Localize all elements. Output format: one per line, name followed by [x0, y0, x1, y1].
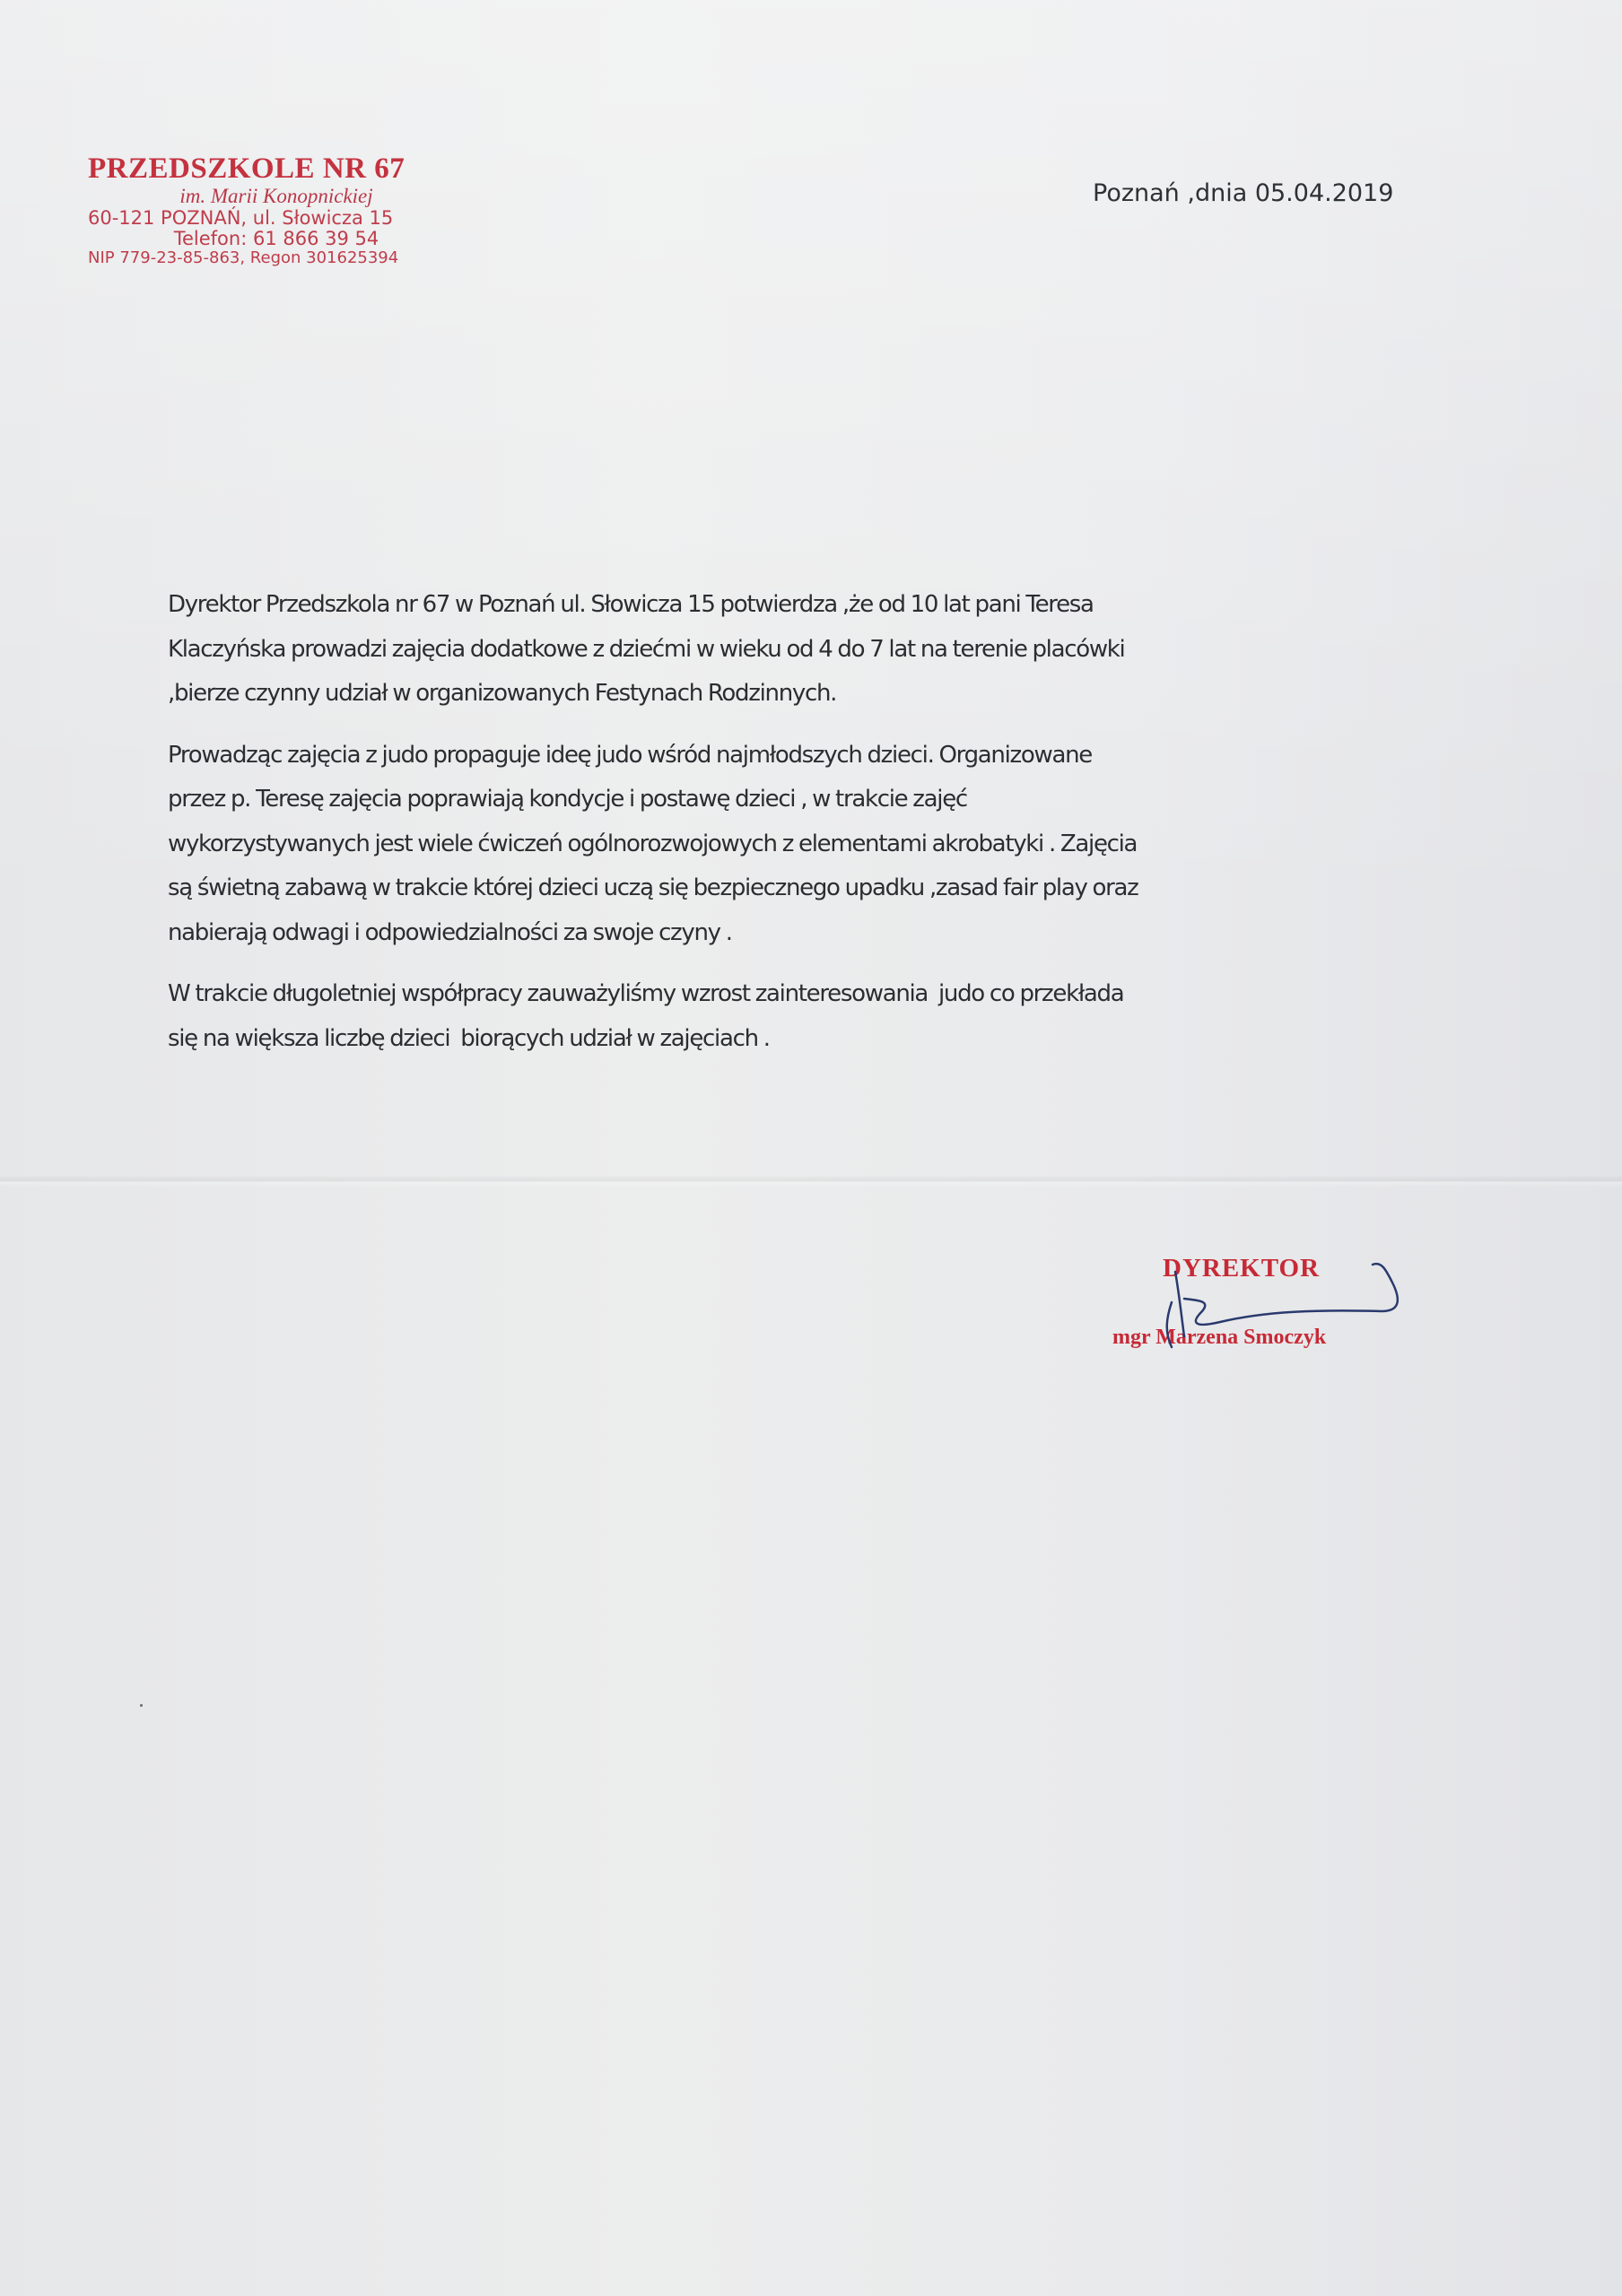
handwritten-signature-icon	[1112, 1247, 1453, 1372]
text-line: przez p. Teresę zajęcia poprawiają kondy…	[168, 778, 1442, 822]
letter-body: Dyrektor Przedszkola nr 67 w Poznań ul. …	[168, 583, 1442, 1078]
text-line: ,bierze czynny udział w organizowanych F…	[168, 672, 1442, 717]
stamp-address: 60-121 POZNAŃ, ul. Słowicza 15	[88, 208, 465, 229]
text-line: Klaczyńska prowadzi zajęcia dodatkowe z …	[168, 628, 1442, 673]
text-line: są świetną zabawą w trakcie której dziec…	[168, 866, 1442, 911]
institution-stamp: PRZEDSZKOLE NR 67 im. Marii Konopnickiej…	[88, 152, 465, 267]
stamp-ids: NIP 779-23-85-863, Regon 301625394	[88, 249, 465, 267]
text-line: nabierają odwagi i odpowiedzialności za …	[168, 911, 1442, 956]
paragraph: W trakcie długoletniej współpracy zauważ…	[168, 972, 1442, 1061]
stamp-patron: im. Marii Konopnickiej	[88, 185, 465, 207]
text-line: wykorzystywanych jest wiele ćwiczeń ogól…	[168, 822, 1442, 867]
paper-fold-crease	[0, 1175, 1622, 1187]
text-line: się na większa liczbę dzieci biorących u…	[168, 1017, 1442, 1062]
stamp-title: PRZEDSZKOLE NR 67	[88, 152, 465, 185]
paragraph: Prowadząc zajęcia z judo propaguje ideę …	[168, 734, 1442, 956]
text-line: Dyrektor Przedszkola nr 67 w Poznań ul. …	[168, 583, 1442, 628]
text-line: Prowadząc zajęcia z judo propaguje ideę …	[168, 734, 1442, 778]
place-date: Poznań ,dnia 05.04.2019	[1093, 179, 1393, 207]
stamp-phone: Telefon: 61 866 39 54	[88, 229, 465, 249]
paragraph: Dyrektor Przedszkola nr 67 w Poznań ul. …	[168, 583, 1442, 717]
text-line: W trakcie długoletniej współpracy zauważ…	[168, 972, 1442, 1017]
signature-block: DYREKTOR mgr Marzena Smoczyk	[1112, 1247, 1453, 1372]
paper-speck	[140, 1704, 143, 1707]
letter-page: PRZEDSZKOLE NR 67 im. Marii Konopnickiej…	[0, 0, 1622, 2296]
